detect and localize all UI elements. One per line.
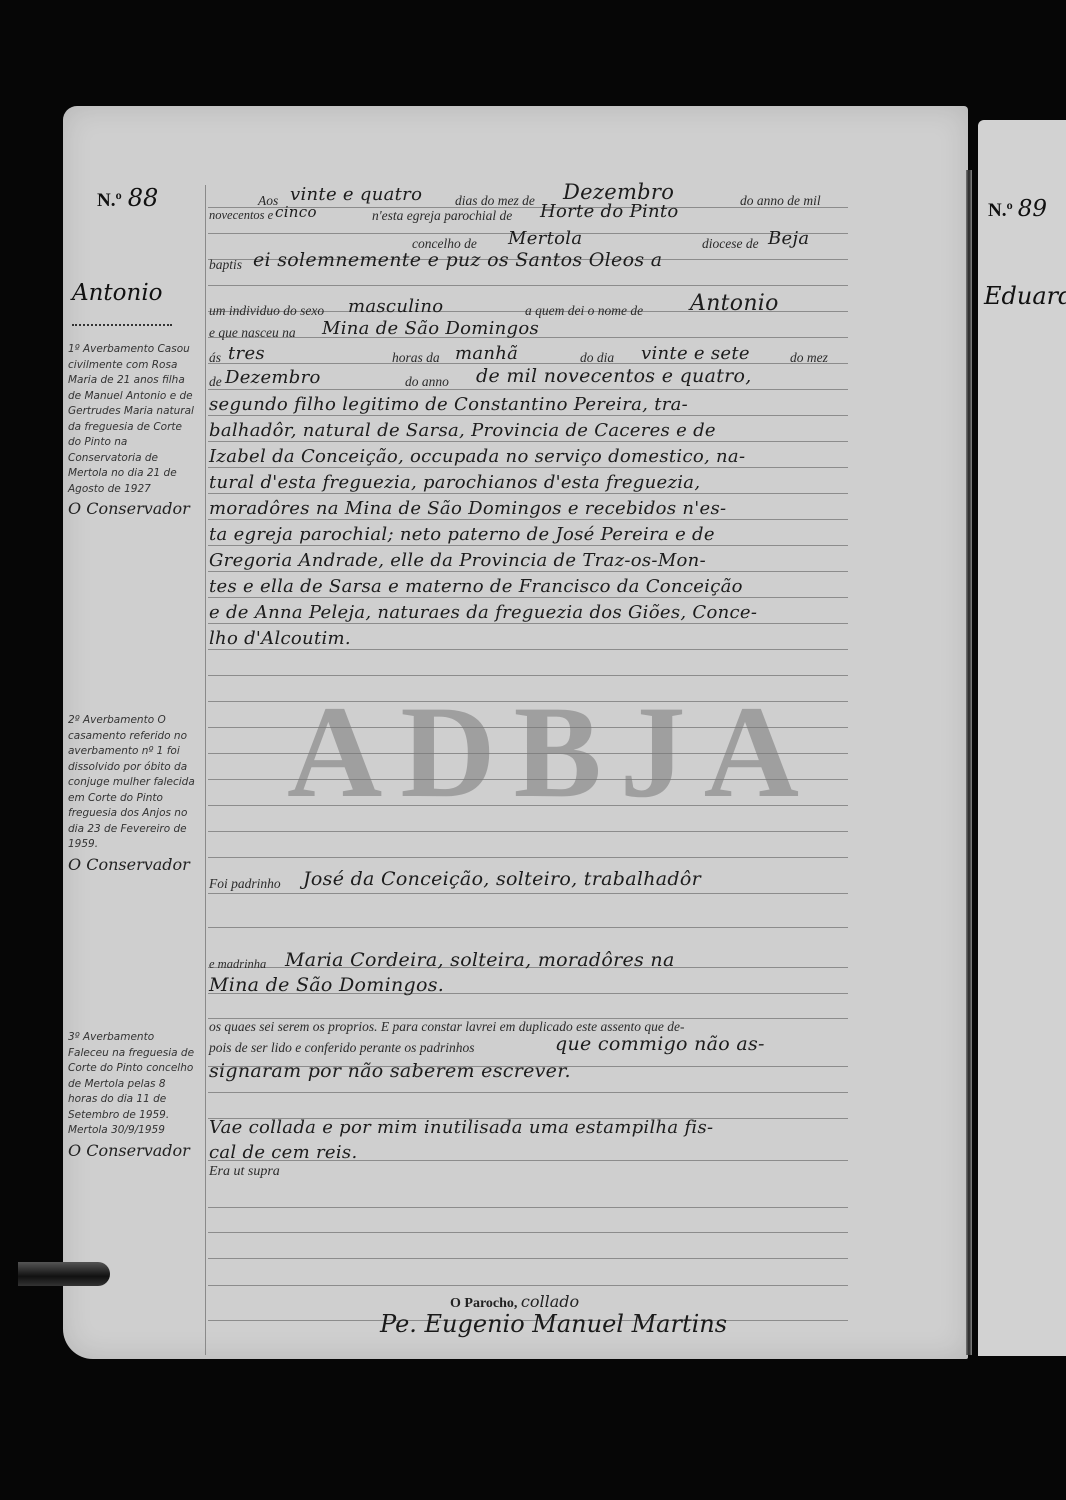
next-entry-number: N.º89 [988,196,1047,222]
baptism-day: vinte e quatro [290,184,422,205]
binder-clip [18,1262,110,1286]
margin-flourish [72,322,172,326]
birth-day: vinte e sete [641,343,750,364]
priest-signature: Pe. Eugenio Manuel Martins [380,1310,727,1338]
parish-name: Horte do Pinto [540,201,679,222]
baptism-phrase: ei solemnemente e puz os Santos Oleos a [253,249,662,271]
birth-month: Dezembro [225,367,321,388]
margin-child-name: Antonio [72,280,163,306]
next-entry-name: Eduard [984,282,1066,310]
margin-rule [205,185,206,1355]
birth-period: manhã [455,343,518,364]
child-name: Antonio [690,291,779,316]
birth-hour: tres [228,343,265,364]
diocese-name: Beja [768,228,809,249]
concelho-name: Mertola [508,228,582,249]
stamp-note: Vae collada e por mim inutilisada uma es… [209,1117,713,1138]
margin-note-2: 2º Averbamento O casamento referido no a… [68,713,196,872]
era-ut-supra: Era ut supra [209,1164,280,1180]
godmother: Maria Cordeira, solteira, moradôres na [285,949,675,971]
godfather: José da Conceição, solteiro, trabalhadôr [303,868,701,890]
godfather-label: Foi padrinho [209,876,281,892]
birthplace: Mina de São Domingos [322,318,539,339]
godmother-label: e madrinha [209,957,266,972]
book-gutter [966,170,972,1355]
entry-number: N.º88 [97,184,158,212]
child-sex: masculino [348,296,443,317]
birth-year: de mil novecentos e quatro, [476,365,752,387]
baptism-year: cinco [275,203,317,221]
margin-note-1: 1º Averbamento Casou civilmente com Rosa… [68,342,196,517]
parocho-line: O Parocho, collado [450,1292,579,1312]
margin-note-3: 3º Averbamento Faleceu na freguesia de C… [68,1030,196,1158]
archive-watermark: ADBJA [287,675,817,828]
